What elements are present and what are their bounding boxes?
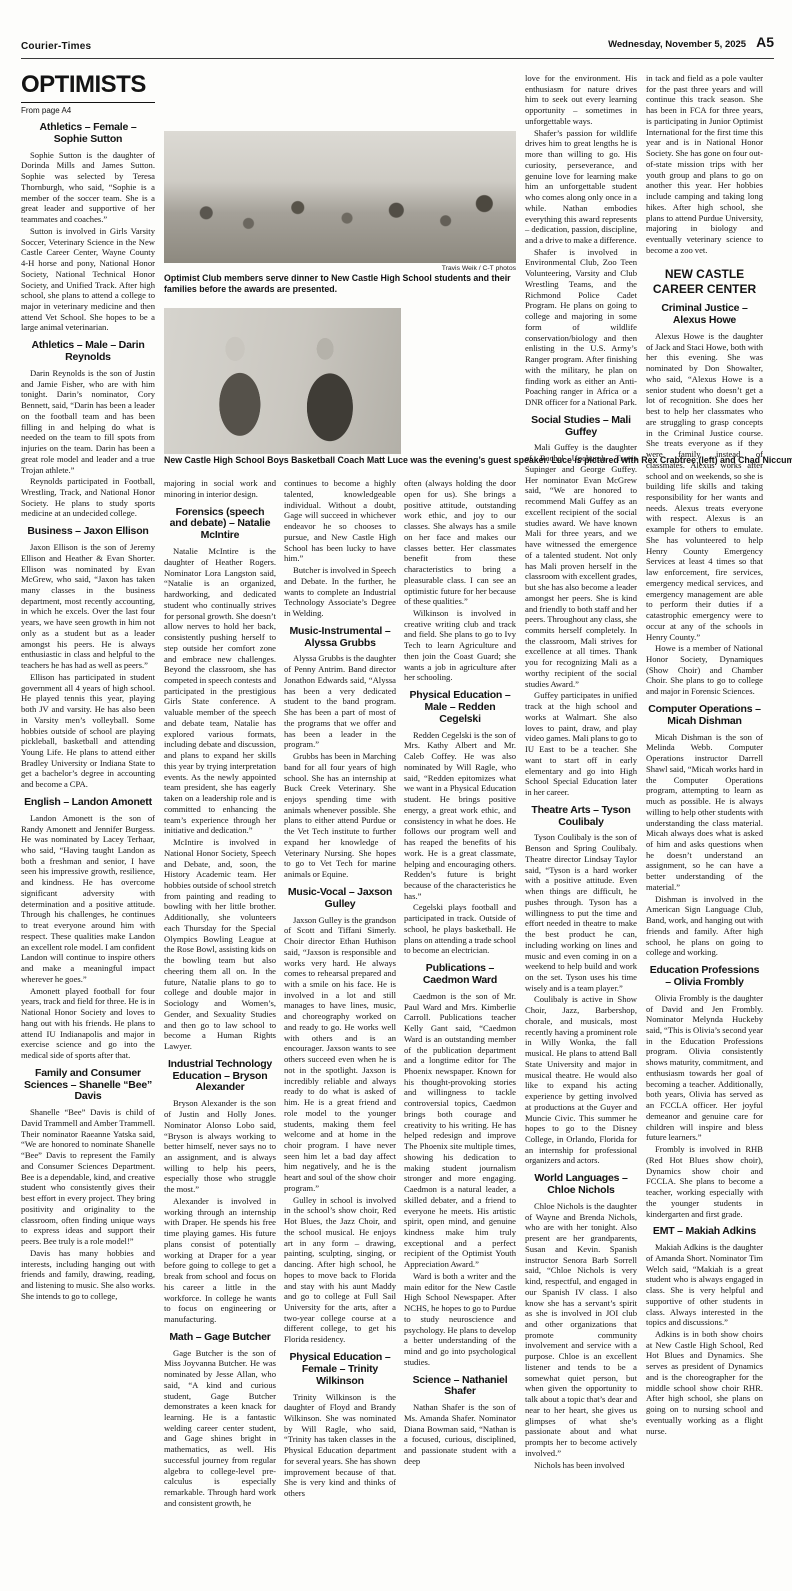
paper-name: Courier-Times xyxy=(21,41,91,52)
photo-optimist-dinner xyxy=(164,131,516,263)
article-paragraph: Dishman is involved in the American Sign… xyxy=(646,894,763,958)
middle-region: Travis Weik / C-T photos Optimist Club m… xyxy=(164,131,516,1510)
article-paragraph: Alyssa Grubbs is the daughter of Penny A… xyxy=(284,653,396,750)
article-paragraph: Alexus Howe is the daughter of Jack and … xyxy=(646,331,763,642)
article-paragraph: Bryson Alexander is the son of Justin an… xyxy=(164,1098,276,1195)
section-heading: Family and Consumer Sciences – Shanelle … xyxy=(23,1068,153,1104)
article-paragraph: Cegelski plays football and participated… xyxy=(404,902,516,956)
column-2-text: majoring in social work and minoring in … xyxy=(164,478,276,1509)
section-heading: Forensics (speech and debate) – Natalie … xyxy=(166,507,274,543)
photo-row: New Castle High School Boys Basketball C… xyxy=(164,308,516,466)
section-heading: Music-Vocal – Jaxson Gulley xyxy=(286,887,394,911)
article-paragraph: Jaxon Ellison is the son of Jeremy Ellis… xyxy=(21,542,155,671)
article-paragraph: Makiah Adkins is the daughter of Amanda … xyxy=(646,1242,763,1328)
column-5-text: love for the environment. His enthusiasm… xyxy=(525,73,637,1471)
article-paragraph: Shafer’s passion for wildlife drives him… xyxy=(525,128,637,246)
article-paragraph: Shanelle “Bee” Davis is child of David T… xyxy=(21,1107,155,1247)
section-heading: Physical Education – Female – Trinity Wi… xyxy=(286,1352,394,1388)
section-heading: Athletics – Male – Darin Reynolds xyxy=(23,340,153,364)
continuation-note: From page A4 xyxy=(21,106,155,115)
article-paragraph: Caedmon is the son of Mr. Paul Ward and … xyxy=(404,991,516,1270)
section-heading: Science – Nathaniel Shafer xyxy=(406,1375,514,1399)
article-paragraph: Coulibaly is active in Show Choir, Jazz,… xyxy=(525,994,637,1166)
article-paragraph: Reynolds participated in Football, Wrest… xyxy=(21,476,155,519)
article-paragraph: Chloe Nichols is the daughter of Wayne a… xyxy=(525,1201,637,1459)
article-title-block: OPTIMISTS xyxy=(21,73,155,103)
article-paragraph: Tyson Coulibaly is the son of Benson and… xyxy=(525,832,637,993)
section-heading: Computer Operations – Micah Dishman xyxy=(648,704,761,728)
article-paragraph: Adkins is in both show choirs at New Cas… xyxy=(646,1329,763,1436)
middle-text-columns: majoring in social work and minoring in … xyxy=(164,478,516,1509)
paragraph-continuation: majoring in social work and minoring in … xyxy=(164,478,276,499)
section-heading: Physical Education – Male – Redden Cegel… xyxy=(406,690,514,726)
paragraph-continuation: continues to become a highly talented, k… xyxy=(284,478,396,564)
masthead-right: Wednesday, November 5, 2025 A5 xyxy=(608,34,774,52)
article-paragraph: Wilkinson is involved in creative writin… xyxy=(404,608,516,683)
section-heading: World Languages – Chloe Nichols xyxy=(527,1173,635,1197)
career-center-header: NEW CASTLE CAREER CENTER xyxy=(648,267,761,296)
column-1: OPTIMISTS From page A4 Athletics – Femal… xyxy=(21,73,155,1303)
article-paragraph: Mali Guffey is the daughter of Rachel Up… xyxy=(525,442,637,689)
article-paragraph: Davis has many hobbies and interests, in… xyxy=(21,1248,155,1302)
photo-credit: Travis Weik / C-T photos xyxy=(164,265,516,272)
section-heading: Publications – Caedmon Ward xyxy=(406,963,514,987)
article-paragraph: Sutton is involved in Girls Varsity Socc… xyxy=(21,226,155,333)
article-paragraph: Amonett played football for four years, … xyxy=(21,986,155,1061)
masthead: Courier-Times Wednesday, November 5, 202… xyxy=(21,34,774,59)
article-paragraph: Gulley in school is involved in the scho… xyxy=(284,1195,396,1345)
section-heading: Education Professions – Olivia Frombly xyxy=(648,965,761,989)
article-paragraph: Olivia Frombly is the daughter of David … xyxy=(646,993,763,1143)
article-paragraph: Ellison has participated in student gove… xyxy=(21,672,155,790)
photo-guest-speaker xyxy=(164,308,401,454)
column-4-text: often (always holding the door open for … xyxy=(404,478,516,1509)
article-paragraph: Gage Butcher is the son of Miss Joyvanna… xyxy=(164,1348,276,1509)
article-paragraph: Grubbs has been in Marching band for all… xyxy=(284,751,396,880)
paragraph-continuation: love for the environment. His enthusiasm… xyxy=(525,73,637,127)
caption-optimist-dinner: Optimist Club members serve dinner to Ne… xyxy=(164,273,516,294)
article-paragraph: Landon Amonett is the son of Randy Amone… xyxy=(21,813,155,985)
article-paragraph: Trinity Wilkinson is the daughter of Flo… xyxy=(284,1392,396,1499)
article-paragraph: Frombly is involved in RHB (Red Hot Blue… xyxy=(646,1144,763,1219)
article-paragraph: Alexander is involved in working through… xyxy=(164,1196,276,1325)
article-paragraph: Butcher is involved in Speech and Debate… xyxy=(284,565,396,619)
page-number: A5 xyxy=(756,34,774,50)
article-paragraph: Guffey participates in unified track at … xyxy=(525,690,637,797)
section-heading: EMT – Makiah Adkins xyxy=(648,1226,761,1238)
article-paragraph: Nathan Shafer is the son of Ms. Amanda S… xyxy=(404,1402,516,1466)
column-1-text: Athletics – Female – Sophie SuttonSophie… xyxy=(21,122,155,1302)
section-heading: English – Landon Amonett xyxy=(23,797,153,809)
article-body: OPTIMISTS From page A4 Athletics – Femal… xyxy=(21,73,776,1510)
article-paragraph: Darin Reynolds is the son of Justin and … xyxy=(21,368,155,475)
article-title: OPTIMISTS xyxy=(21,73,155,97)
article-paragraph: Natalie McIntire is the daughter of Heat… xyxy=(164,546,276,836)
paragraph-continuation: often (always holding the door open for … xyxy=(404,478,516,607)
paragraph-continuation: in tack and field as a pole vaulter for … xyxy=(646,73,763,255)
date-line: Wednesday, November 5, 2025 xyxy=(608,39,746,50)
article-paragraph: Howe is a member of National Honor Socie… xyxy=(646,643,763,697)
section-heading: Music-Instrumental – Alyssa Grubbs xyxy=(286,626,394,650)
column-3-text: continues to become a highly talented, k… xyxy=(284,478,396,1509)
article-paragraph: Ward is both a writer and the main edito… xyxy=(404,1271,516,1368)
section-heading: Industrial Technology Education – Bryson… xyxy=(166,1059,274,1095)
article-paragraph: Sophie Sutton is the daughter of Dorinda… xyxy=(21,150,155,225)
article-paragraph: Shafer is involved in Environmental Club… xyxy=(525,247,637,408)
article-paragraph: McIntire is involved in National Honor S… xyxy=(164,837,276,1052)
section-heading: Theatre Arts – Tyson Coulibaly xyxy=(527,805,635,829)
section-heading: Athletics – Female – Sophie Sutton xyxy=(23,122,153,146)
article-paragraph: Redden Cegelski is the son of Mrs. Kathy… xyxy=(404,730,516,902)
column-6-text: in tack and field as a pole vaulter for … xyxy=(646,73,763,1437)
article-paragraph: Nichols has been involved xyxy=(525,1460,637,1471)
article-paragraph: Micah Dishman is the son of Melinda Webb… xyxy=(646,732,763,893)
newspaper-page: Courier-Times Wednesday, November 5, 202… xyxy=(0,0,792,1591)
section-heading: Social Studies – Mali Guffey xyxy=(527,415,635,439)
section-heading: Business – Jaxon Ellison xyxy=(23,526,153,538)
section-heading: Criminal Justice – Alexus Howe xyxy=(648,303,761,327)
article-paragraph: Jaxson Gulley is the grandson of Scott a… xyxy=(284,915,396,1194)
section-heading: Math – Gage Butcher xyxy=(166,1332,274,1344)
